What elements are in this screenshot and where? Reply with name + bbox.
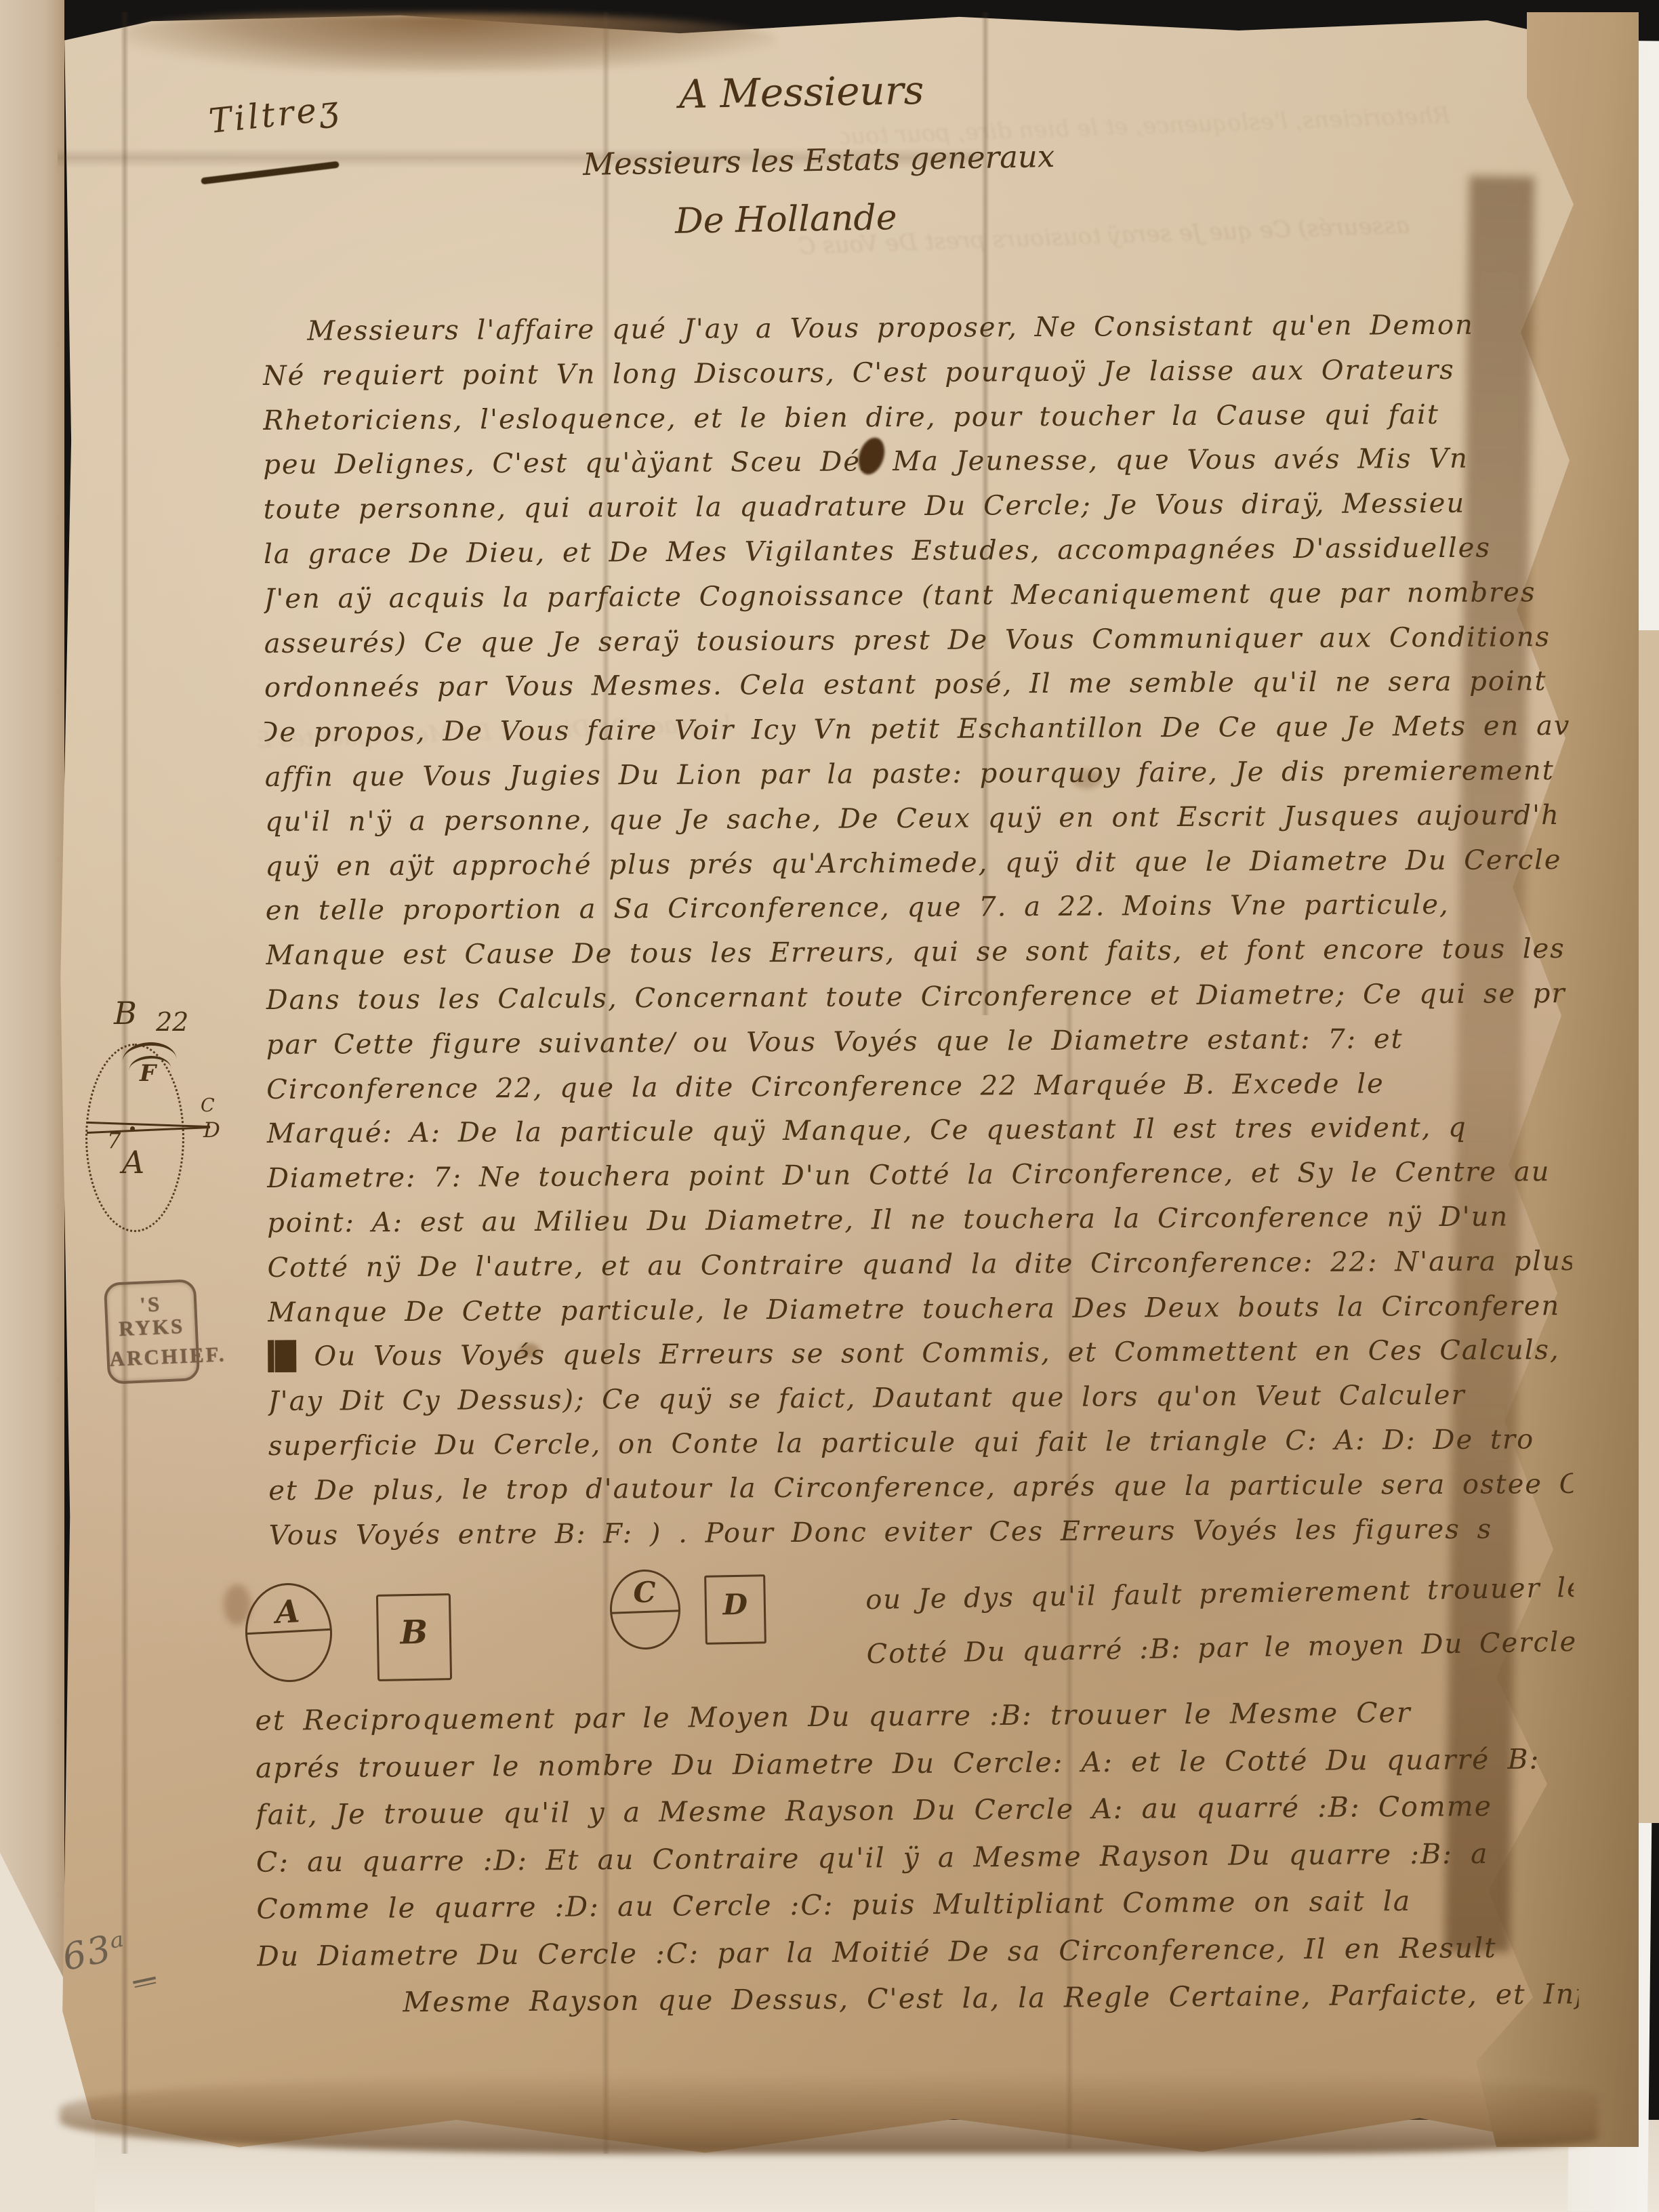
diagram-label-a: A — [122, 1144, 144, 1181]
manuscript-line: Dans tous les Calculs, Concernant toute … — [266, 972, 1570, 1023]
figure-square-b: B — [376, 1593, 452, 1681]
figure-square-b-label: B — [378, 1613, 449, 1652]
manuscript-body-bottom: et Reciproquement par le Moyen Du quarre… — [255, 1688, 1579, 2043]
manuscript-line: Manque De Cette particule, le Diametre t… — [268, 1284, 1572, 1335]
manuscript-line: ██ Ou Vous Voyés quels Erreurs se sont C… — [262, 1328, 1572, 1380]
manuscript-line: fait, Je trouue qu'il y a Mesme Rayson D… — [255, 1782, 1577, 1839]
manuscript-line: Comme le quarre :D: au Cercle :C: puis M… — [256, 1877, 1578, 1933]
manuscript-line: J'ay Dit Cy Dessus); Ce quÿ se faict, Da… — [268, 1373, 1572, 1425]
manuscript-line: toute personne, qui auroit la quadrature… — [264, 481, 1568, 533]
manuscript-line: Diametre: 7: Ne touchera point D'un Cott… — [267, 1150, 1572, 1202]
manuscript-line: asseurés) Ce que Je seraÿ tousiours pres… — [264, 615, 1569, 667]
manuscript-line: Né requiert point Vn long Discours, C'es… — [263, 348, 1568, 399]
manuscript-line: et De plus, le trop d'autour la Circonfe… — [268, 1462, 1573, 1514]
diagram-label-f: F — [140, 1060, 156, 1087]
address-line-1: A Messieurs — [678, 67, 924, 117]
figure-square-d: D — [704, 1574, 766, 1645]
manuscript-line: et Reciproquement par le Moyen Du quarre… — [255, 1688, 1576, 1744]
figure-square-d-label: D — [706, 1587, 764, 1621]
manuscript-line: ordonneés par Vous Mesmes. Cela estant p… — [264, 659, 1569, 711]
archive-stamp-line-2: ARCHIEF. — [109, 1344, 197, 1371]
figure-circle-a-label: A — [245, 1591, 330, 1632]
address-line-3: De Hollande — [675, 197, 897, 242]
diagram-label-22: 22 — [156, 1007, 188, 1037]
manuscript-line: Manque est Cause De tous les Erreurs, qu… — [266, 927, 1570, 979]
manuscript-line: point: A: est au Milieu Du Diametre, Il … — [267, 1195, 1572, 1246]
manuscript-body-main: Messieurs l'affaire qué J'ay a Vous prop… — [262, 303, 1574, 1565]
manuscript-line: De propos, De Vous faire Voir Icy Vn pet… — [262, 704, 1569, 756]
circle-diagram-center-point — [130, 1126, 135, 1131]
manuscript-line: Marqué: A: De la particule quÿ Manque, C… — [266, 1105, 1571, 1157]
diagram-label-c: C — [201, 1095, 215, 1116]
stain-top-edge — [125, 14, 776, 72]
manuscript-line: Rhetoriciens, l'esloquence, et le bien d… — [263, 392, 1568, 444]
archive-stamp: 'S RYKS ARCHIEF. — [104, 1279, 200, 1385]
manuscript-line: Mesme Rayson que Dessus, C'est la, la Re… — [403, 1971, 1578, 2026]
manuscript-line: peu Delignes, C'est qu'àÿant Sceu Dés Ma… — [263, 436, 1568, 488]
manuscript-line: par Cette figure suivante/ ou Vous Voyés… — [266, 1017, 1571, 1068]
manuscript-line: Vous Voyés entre B: F: ) . Pour Donc evi… — [268, 1507, 1573, 1558]
figure-circle-c-diameter-line — [611, 1610, 680, 1614]
manuscript-photo: asseurés) Ce que Je seraÿ tousiours pres… — [0, 0, 1659, 2212]
manuscript-line: superficie Du Cercle, on Conte la partic… — [268, 1418, 1573, 1469]
manuscript-line: affin que Vous Jugies Du Lion par la pas… — [265, 749, 1570, 800]
manuscript-line: la grace De Dieu, et De Mes Vigilantes E… — [264, 526, 1568, 577]
manuscript-line: Cotté nÿ De l'autre, et au Contraire qua… — [267, 1240, 1572, 1291]
manuscript-body-beside-figures: ou Je dys qu'il fault premierement trouu… — [865, 1561, 1576, 1692]
archive-stamp-line-1: 'S RYKS — [107, 1291, 196, 1341]
diagram-label-b: B — [114, 995, 137, 1031]
manuscript-line: J'en aÿ acquis la parfaicte Cognoissance… — [264, 571, 1568, 622]
figure-circle-c-label: C — [611, 1574, 678, 1610]
manuscript-line: quÿ en aÿt approché plus prés qu'Archime… — [265, 838, 1570, 890]
stain-bottom-edge — [60, 2072, 1598, 2154]
circle-diagram-dotted-ellipse — [85, 1044, 184, 1232]
manuscript-line: en telle proportion a Sa Circonference, … — [266, 882, 1570, 934]
diagram-label-7: 7 — [107, 1128, 121, 1153]
diagram-label-d: D — [203, 1118, 220, 1143]
manuscript-line: qu'il n'ÿ a personne, que Je sache, De C… — [265, 794, 1570, 845]
manuscript-line: Circonference 22, que la dite Circonfere… — [266, 1061, 1571, 1113]
manuscript-line: Cotté Du quarré :B: par le moyen Du Cerc… — [866, 1615, 1575, 1681]
manuscript-line: Messieurs l'affaire qué J'ay a Vous prop… — [307, 303, 1567, 354]
